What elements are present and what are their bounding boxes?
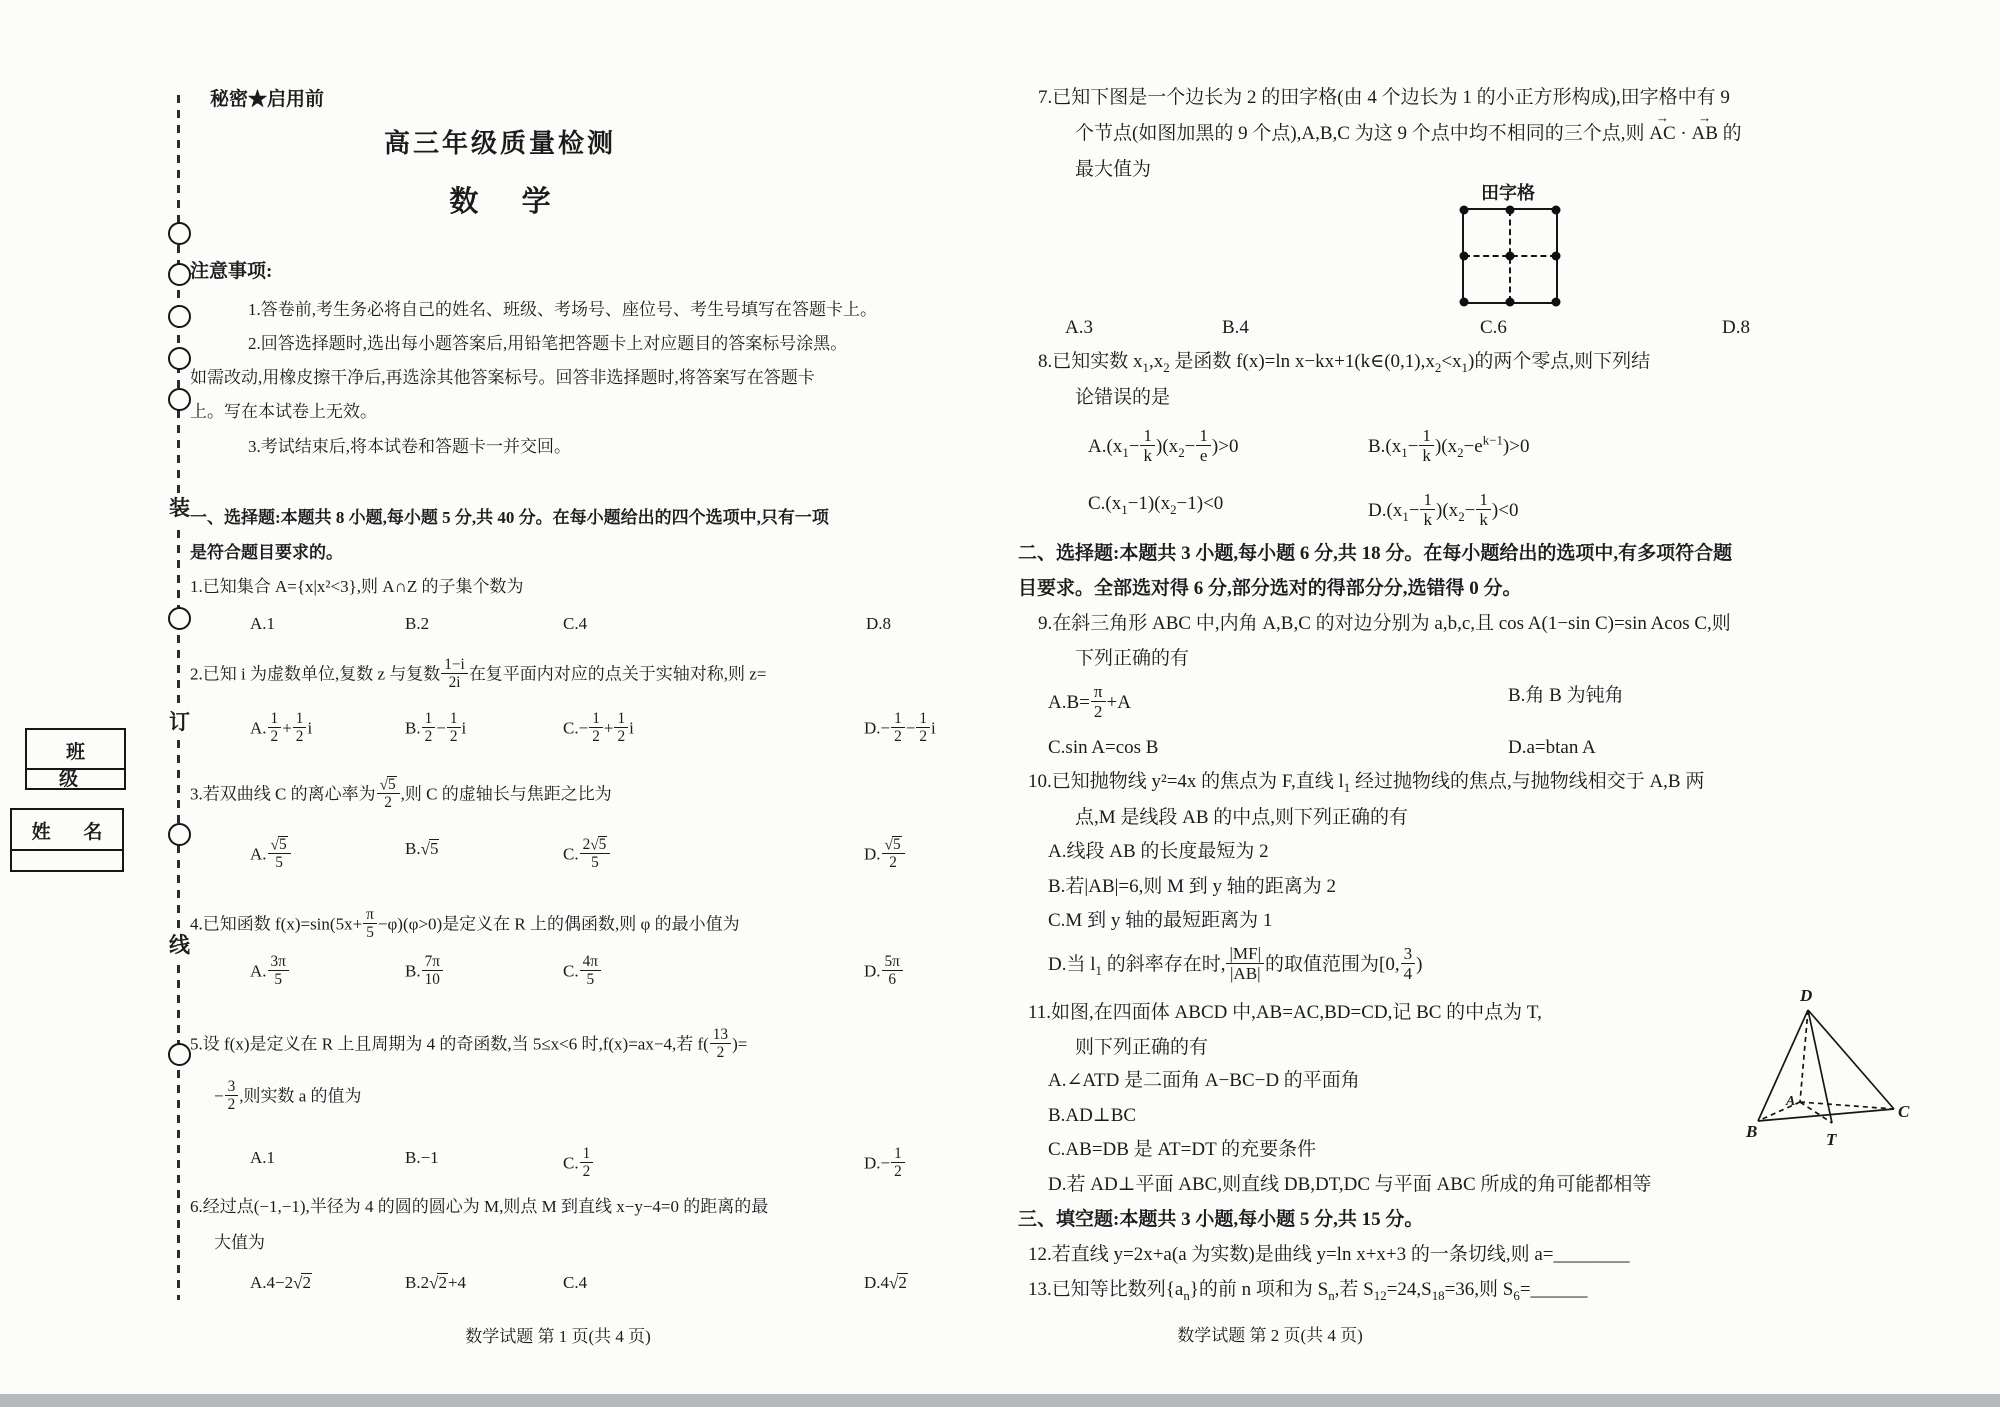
q6-option-c: C.4: [563, 1272, 587, 1293]
q8-stem-cont: 论错误的是: [1075, 386, 1170, 410]
q8-option-a: A.(x1−1k)(x2−1e)>0: [1088, 428, 1238, 467]
classification-banner: 秘密★启用前: [210, 88, 324, 112]
q2-option-b: B.12−12i: [405, 712, 466, 747]
class-field-box: 班 级: [25, 728, 126, 790]
q5-stem-cont: −32,则实数 a 的值为: [214, 1080, 362, 1115]
section1-heading: 一、选择题:本题共 8 小题,每小题 5 分,共 40 分。在每小题给出的四个选…: [190, 507, 829, 528]
q13-stem: 13.已知等比数列{an}的前 n 项和为 Sn,若 S12=24,S18=36…: [1028, 1278, 1588, 1302]
q4-option-c: C.4π5: [563, 955, 602, 990]
q2-stem: 2.已知 i 为虚数单位,复数 z 与复数1−i2i在复平面内对应的点关于实轴对…: [190, 658, 766, 693]
q3-option-b: B.√5: [405, 838, 439, 859]
notice-line: 上。写在本试卷上无效。: [190, 401, 377, 422]
q4-option-a: A.3π5: [250, 955, 290, 990]
q1-option-b: B.2: [405, 613, 429, 634]
q10-option-a: A.线段 AB 的长度最短为 2: [1048, 840, 1269, 864]
q7-figure-caption: 田字格: [1462, 182, 1554, 205]
grid-node-dot: [1506, 298, 1515, 307]
section2-heading-cont: 目要求。全部选对得 6 分,部分选对的得部分分,选错得 0 分。: [1018, 577, 1522, 601]
section2-heading: 二、选择题:本题共 3 小题,每小题 6 分,共 18 分。在每小题给出的选项中…: [1018, 542, 1732, 566]
class-field-label: 班 级: [27, 737, 124, 791]
page-title: 高三年级质量检测: [280, 128, 720, 161]
q10-option-d: D.当 l1 的斜率存在时,|MF||AB|的取值范围为[0,34): [1048, 946, 1423, 985]
q4-option-b: B.7π10: [405, 955, 444, 990]
q11-figure-label-d: D: [1800, 986, 1812, 1006]
q10-option-b: B.若|AB|=6,则 M 到 y 轴的距离为 2: [1048, 875, 1336, 899]
binding-hole: [168, 823, 191, 846]
q11-tetrahedron-figure: [1742, 988, 1912, 1143]
q3-option-a: A.√55: [250, 838, 292, 873]
notice-line: 3.考试结束后,将本试卷和答题卡一并交回。: [248, 436, 571, 457]
q7-stem: 7.已知下图是一个边长为 2 的田字格(由 4 个边长为 1 的小正方形构成),…: [1038, 86, 1730, 110]
q3-option-d: D.√52: [864, 838, 906, 873]
page1-footer: 数学试题 第 1 页(共 4 页): [398, 1326, 718, 1347]
q7-option-a: A.3: [1065, 316, 1093, 340]
q7-option-d: D.8: [1722, 316, 1750, 340]
q2-option-d: D.−12−12i: [864, 712, 936, 747]
q11-figure-label-b: B: [1746, 1122, 1757, 1142]
grid-node-dot: [1460, 206, 1469, 215]
binding-line-char-xian: 线: [166, 931, 193, 960]
binding-hole: [168, 222, 191, 245]
q6-stem: 6.经过点(−1,−1),半径为 4 的圆的圆心为 M,则点 M 到直线 x−y…: [190, 1196, 768, 1217]
q11-stem-cont: 则下列正确的有: [1075, 1036, 1208, 1060]
q8-option-d: D.(x1−1k)(x2−1k)<0: [1368, 492, 1518, 531]
q4-option-d: D.5π6: [864, 955, 904, 990]
binding-hole: [168, 347, 191, 370]
grid-node-dot: [1460, 252, 1469, 261]
q9-option-d: D.a=btan A: [1508, 736, 1596, 760]
q4-stem: 4.已知函数 f(x)=sin(5x+π5−φ)(φ>0)是定义在 R 上的偶函…: [190, 908, 740, 943]
grid-node-dot: [1460, 298, 1469, 307]
binding-hole: [168, 607, 191, 630]
q10-stem: 10.已知抛物线 y²=4x 的焦点为 F,直线 l1 经过抛物线的焦点,与抛物…: [1028, 770, 1704, 794]
q11-option-d: D.若 AD⊥平面 ABC,则直线 DB,DT,DC 与平面 ABC 所成的角可…: [1048, 1173, 1651, 1197]
q5-option-a: A.1: [250, 1147, 275, 1168]
q8-option-b: B.(x1−1k)(x2−ek−1)>0: [1368, 428, 1529, 467]
grid-node-dot: [1506, 206, 1515, 215]
q12-stem: 12.若直线 y=2x+a(a 为实数)是曲线 y=ln x+x+3 的一条切线…: [1028, 1243, 1630, 1267]
q7-stem-cont: 个节点(如图加黑的 9 个点),A,B,C 为这 9 个点中均不相同的三个点,则…: [1075, 122, 1742, 146]
q11-figure-label-a: A: [1786, 1094, 1795, 1110]
q11-option-b: B.AD⊥BC: [1048, 1104, 1136, 1128]
q1-option-d: D.8: [866, 613, 891, 634]
scan-bottom-edge: [0, 1394, 2000, 1407]
binding-hole: [168, 263, 191, 286]
q8-option-c: C.(x1−1)(x2−1)<0: [1088, 492, 1223, 516]
q5-stem: 5.设 f(x)是定义在 R 上且周期为 4 的奇函数,当 5≤x<6 时,f(…: [190, 1028, 747, 1063]
notice-line: 如需改动,用橡皮擦干净后,再选涂其他答案标号。回答非选择题时,将答案写在答题卡: [190, 367, 815, 388]
q9-option-a: A.B=π2+A: [1048, 684, 1131, 723]
q6-stem-cont: 大值为: [214, 1232, 265, 1253]
q11-figure-label-c: C: [1898, 1102, 1909, 1122]
q7-option-b: B.4: [1222, 316, 1249, 340]
name-field-line: [11, 849, 123, 851]
q9-stem-cont: 下列正确的有: [1075, 647, 1189, 671]
q9-option-b: B.角 B 为钝角: [1508, 684, 1624, 708]
q7-stem-cont: 最大值为: [1075, 158, 1151, 182]
q11-option-c: C.AB=DB 是 AT=DT 的充要条件: [1048, 1138, 1316, 1162]
binding-hole: [168, 1043, 191, 1066]
q11-stem: 11.如图,在四面体 ABCD 中,AB=AC,BD=CD,记 BC 的中点为 …: [1028, 1001, 1542, 1025]
binding-hole: [168, 305, 191, 328]
q5-option-c: C.12: [563, 1147, 594, 1182]
page2-footer: 数学试题 第 2 页(共 4 页): [1105, 1325, 1435, 1346]
binding-hole: [168, 388, 191, 411]
q6-option-b: B.2√2+4: [405, 1272, 466, 1293]
q10-option-c: C.M 到 y 轴的最短距离为 1: [1048, 909, 1272, 933]
q7-grid-figure: [1462, 208, 1558, 304]
grid-node-dot: [1552, 206, 1561, 215]
q2-option-c: C.−12+12i: [563, 712, 634, 747]
binding-line-char-ding: 订: [166, 708, 193, 737]
q6-option-d: D.4√2: [864, 1272, 908, 1293]
q2-option-a: A.12+12i: [250, 712, 312, 747]
subject-title: 数 学: [280, 184, 720, 220]
notice-line: 1.答卷前,考生务必将自己的姓名、班级、考场号、座位号、考生号填写在答题卡上。: [248, 299, 877, 320]
notice-line: 2.回答选择题时,选出每小题答案后,用铅笔把答题卡上对应题目的答案标号涂黑。: [248, 333, 847, 354]
grid-node-dot: [1506, 252, 1515, 261]
q5-option-b: B.−1: [405, 1147, 439, 1168]
grid-node-dot: [1552, 252, 1561, 261]
q7-option-c: C.6: [1480, 316, 1507, 340]
section1-heading-cont: 是符合题目要求的。: [190, 542, 343, 563]
q6-option-a: A.4−2√2: [250, 1272, 312, 1293]
q5-option-d: D.−12: [864, 1147, 906, 1182]
q9-stem: 9.在斜三角形 ABC 中,内角 A,B,C 的对边分别为 a,b,c,且 co…: [1038, 612, 1731, 636]
q8-stem: 8.已知实数 x1,x2 是函数 f(x)=ln x−kx+1(k∈(0,1),…: [1038, 350, 1650, 374]
q10-stem-cont: 点,M 是线段 AB 的中点,则下列正确的有: [1075, 806, 1408, 830]
q1-option-a: A.1: [250, 613, 275, 634]
q11-option-a: A.∠ATD 是二面角 A−BC−D 的平面角: [1048, 1069, 1360, 1093]
class-field-line: [26, 768, 125, 770]
q3-stem: 3.若双曲线 C 的离心率为√52,则 C 的虚轴长与焦距之比为: [190, 778, 612, 813]
notice-heading: 注意事项:: [190, 260, 272, 284]
name-field-box: 姓 名: [10, 808, 124, 872]
q1-option-c: C.4: [563, 613, 587, 634]
binding-line-char-zhuang: 装: [166, 494, 193, 523]
exam-paper-scan: 装 订 线 班 级 姓 名 秘密★启用前 高三年级质量检测 数 学 注意事项: …: [0, 0, 2000, 1407]
grid-node-dot: [1552, 298, 1561, 307]
q11-figure-label-t: T: [1826, 1130, 1836, 1150]
name-field-label: 姓 名: [12, 817, 122, 844]
q3-option-c: C.2√55: [563, 838, 611, 873]
section3-heading: 三、填空题:本题共 3 小题,每小题 5 分,共 15 分。: [1018, 1208, 1423, 1232]
q1-stem: 1.已知集合 A={x|x²<3},则 A∩Z 的子集个数为: [190, 576, 523, 597]
q9-option-c: C.sin A=cos B: [1048, 736, 1158, 760]
